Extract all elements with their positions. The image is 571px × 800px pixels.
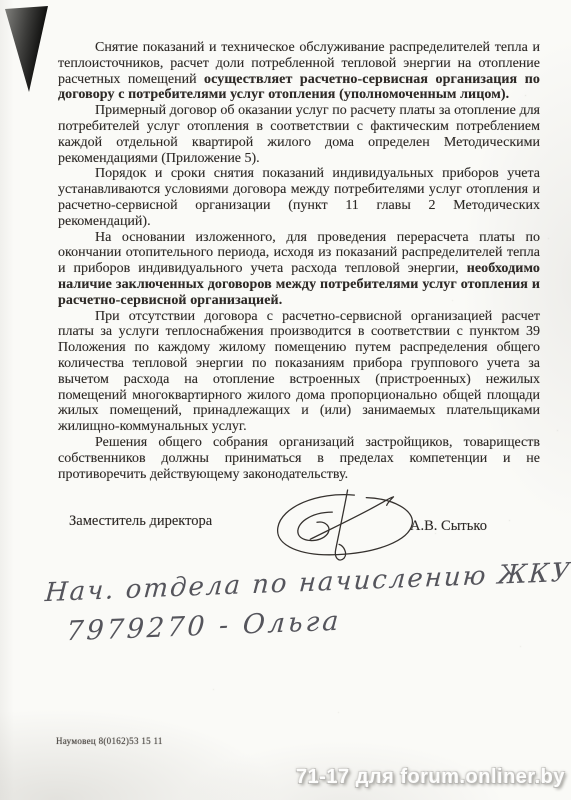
signer-position-title: Заместитель директора [69, 513, 212, 530]
paragraph: Примерный договор об оказании услуг по р… [58, 103, 540, 166]
paragraph: Решения общего собрания организаций заст… [58, 435, 540, 482]
signer-name: А.В. Сытько [410, 518, 487, 535]
footer-contact-line: Наумовец 8(0162)53 15 11 [56, 736, 163, 746]
forum-watermark: 71-17 для forum.onliner.by [296, 766, 565, 789]
paragraph-run: Порядок и сроки снятия показаний индивид… [58, 166, 540, 228]
paragraph: При отсутствии договора с расчетно-серви… [58, 309, 540, 435]
paragraph-run: Примерный договор об оказании услуг по р… [58, 103, 540, 165]
paragraph-run: При отсутствии договора с расчетно-серви… [58, 309, 540, 435]
scan-corner-fold-artifact [0, 0, 64, 104]
paragraph: Порядок и сроки снятия показаний индивид… [58, 166, 540, 229]
paper-speckles [0, 0, 1, 1]
paragraph: Снятие показаний и техническое обслужива… [58, 40, 540, 103]
document-body: Снятие показаний и техническое обслужива… [58, 40, 540, 482]
paragraph: На основании изложенного, для проведения… [58, 230, 540, 309]
paragraph-run: Решения общего собрания организаций заст… [58, 435, 540, 482]
scanned-letter-page: Снятие показаний и техническое обслужива… [0, 0, 571, 800]
